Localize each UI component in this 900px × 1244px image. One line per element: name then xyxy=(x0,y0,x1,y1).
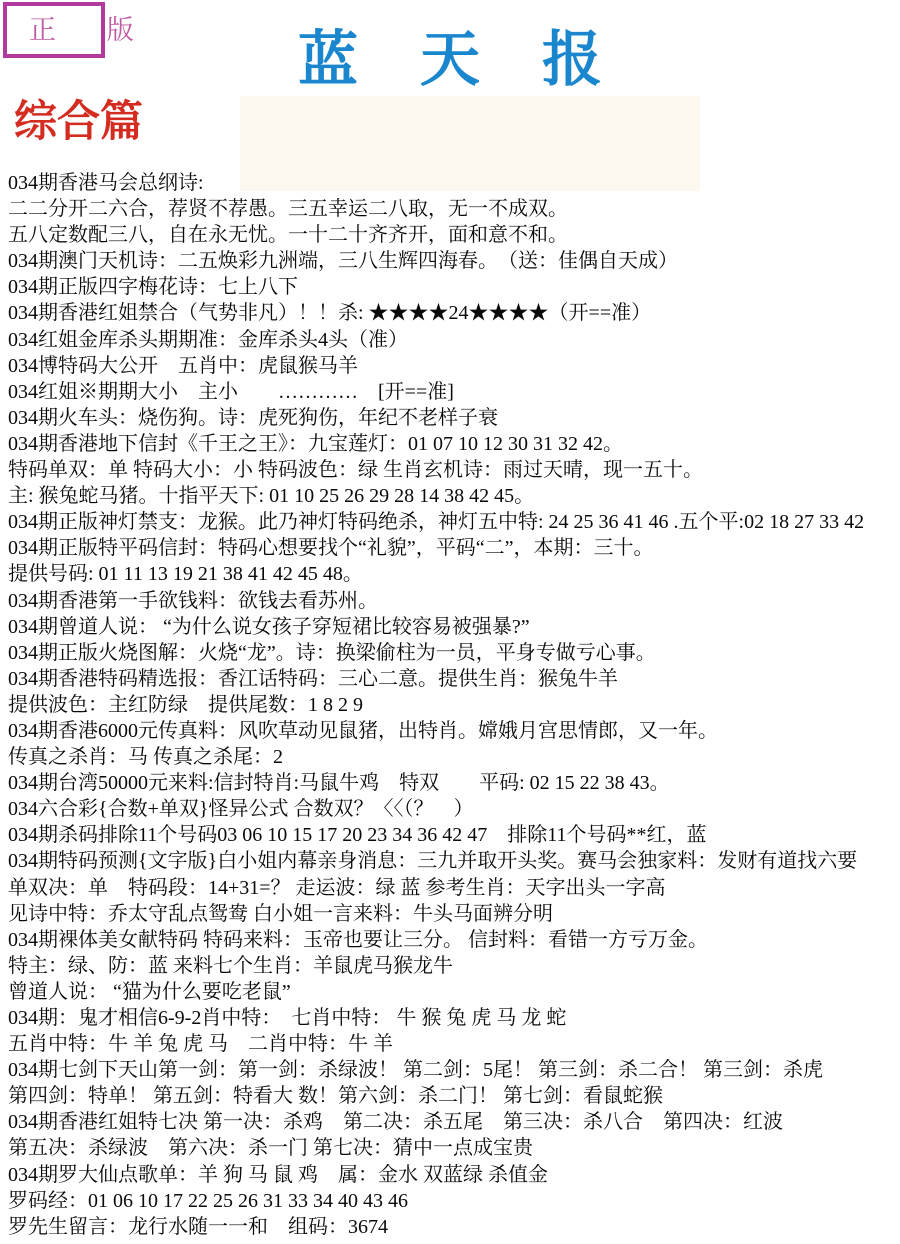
text-line: 034期曾道人说： “为什么说女孩子穿短裙比较容易被强暴?” xyxy=(8,614,897,640)
text-line: 单双决：单 特码段：14+31=？ 走运波：绿 蓝 参考生肖：天字出头一字高 xyxy=(8,875,897,901)
text-line: 034期正版火烧图解：火烧“龙”。诗：换梁偷柱为一员，平身专做亏心事。 xyxy=(8,640,897,666)
text-line: 034期台湾50000元来料:信封特肖:马鼠牛鸡 特双 平码: 02 15 22… xyxy=(8,770,897,796)
text-line: 传真之杀肖：马 传真之杀尾：2 xyxy=(8,744,897,770)
text-line: 曾道人说： “猫为什么要吃老鼠” xyxy=(8,979,897,1005)
text-line: 034期澳门天机诗：二五焕彩九洲端，三八生辉四海春。 （送：佳偶自天成） xyxy=(8,248,897,274)
text-line: 034期香港红姐特七决 第一决：杀鸡 第二决：杀五尾 第三决：杀八合 第四决：红… xyxy=(8,1109,897,1135)
text-line: 034期特码预测{文字版}白小姐内幕亲身消息：三九并取开头奖。赛马会独家料：发财… xyxy=(8,848,897,874)
text-line: 提供号码: 01 11 13 19 21 38 41 42 45 48。 xyxy=(8,561,897,587)
text-line: 034红姐※期期大小 主小 ………… [开==准] xyxy=(8,379,897,405)
text-line: 二二分开二六合，荐贤不荐愚。三五幸运二八取，无一不成双。 xyxy=(8,196,897,222)
text-line: 034期正版特平码信封：特码心想要找个“礼貌”，平码“二”，本期：三十。 xyxy=(8,535,897,561)
text-line: 034期七剑下天山第一剑：第一剑：杀绿波！ 第二剑：5尾！ 第三剑：杀二合！ 第… xyxy=(8,1057,897,1083)
text-line: 特主：绿、防：蓝 来料七个生肖：羊鼠虎马猴龙牛 xyxy=(8,953,897,979)
text-line: 034期香港6000元传真料：风吹草动见鼠猪，出特肖。嫦娥月宫思情郎，又一年。 xyxy=(8,718,897,744)
newspaper-title: 蓝天报 xyxy=(0,12,900,98)
text-line: 罗码经：01 06 10 17 22 25 26 31 33 34 40 43 … xyxy=(8,1188,897,1214)
text-line: 034期裸体美女献特码 特码来料：玉帝也要让三分。 信封料：看错一方亏万金。 xyxy=(8,927,897,953)
text-line: 034期：鬼才相信6-9-2肖中特： 七肖中特： 牛 猴 兔 虎 马 龙 蛇 xyxy=(8,1005,897,1031)
text-line: 034期香港特码精选报：香江话特码：三心二意。提供生肖：猴兔牛羊 xyxy=(8,666,897,692)
text-line: 034红姐金库杀头期期准：金库杀头4头（准） xyxy=(8,327,897,353)
text-line: 034期香港地下信封《千王之王》：九宝莲灯：01 07 10 12 30 31 … xyxy=(8,431,897,457)
text-line: 034期杀码排除11个号码03 06 10 15 17 20 23 34 36 … xyxy=(8,822,897,848)
text-line: 034期正版神灯禁支：龙猴。此乃神灯特码绝杀，神灯五中特: 24 25 36 4… xyxy=(8,509,897,535)
text-line: 第五决：杀绿波 第六决：杀一门 第七决：猜中一点成宝贵 xyxy=(8,1135,897,1161)
text-line: 034期火车头：烧伤狗。诗：虎死狗伤，年纪不老样子衰 xyxy=(8,405,897,431)
text-line: 特码单双：单 特码大小：小 特码波色：绿 生肖玄机诗：雨过天晴，现一五十。 xyxy=(8,457,897,483)
text-line: 034期香港红姐禁合（气势非凡）！！杀: ★★★★24★★★★（开==准） xyxy=(8,300,897,326)
text-line: 034博特码大公开 五肖中：虎鼠猴马羊 xyxy=(8,353,897,379)
text-line: 第四剑：特单！ 第五剑：特看大 数！第六剑：杀二门！ 第七剑：看鼠蛇猴 xyxy=(8,1083,897,1109)
text-line: 034六合彩{合数+单双}怪异公式 合数双？〈〈（？ ） xyxy=(8,796,897,822)
newspaper-page: 正 版 蓝天报 综合篇 034期香港马会总纲诗:二二分开二六合，荐贤不荐愚。三五… xyxy=(0,0,900,1244)
text-line: 五肖中特：牛 羊 兔 虎 马 二肖中特：牛 羊 xyxy=(8,1031,897,1057)
text-line: 提供波色：主红防绿 提供尾数：1 8 2 9 xyxy=(8,692,897,718)
text-line: 034期香港马会总纲诗: xyxy=(8,170,897,196)
text-line: 主: 猴兔蛇马猪。十指平天下: 01 10 25 26 29 28 14 38 … xyxy=(8,483,897,509)
text-line: 034期正版四字梅花诗：七上八下 xyxy=(8,274,897,300)
text-line: 罗先生留言：龙行水随一一和 组码：3674 xyxy=(8,1214,897,1240)
text-line: 034期罗大仙点歌单：羊 狗 马 鼠 鸡 属：金水 双蓝绿 杀值金 xyxy=(8,1162,897,1188)
text-line: 五八定数配三八，自在永无忧。一十二十齐齐开，面和意不和。 xyxy=(8,222,897,248)
content-lines: 034期香港马会总纲诗:二二分开二六合，荐贤不荐愚。三五幸运二八取，无一不成双。… xyxy=(8,170,897,1240)
text-line: 见诗中特：乔太守乱点鸳鸯 白小姐一言来料：牛头马面辨分明 xyxy=(8,901,897,927)
text-line: 034期香港第一手欲钱料：欲钱去看苏州。 xyxy=(8,588,897,614)
section-label: 综合篇 xyxy=(14,88,143,149)
